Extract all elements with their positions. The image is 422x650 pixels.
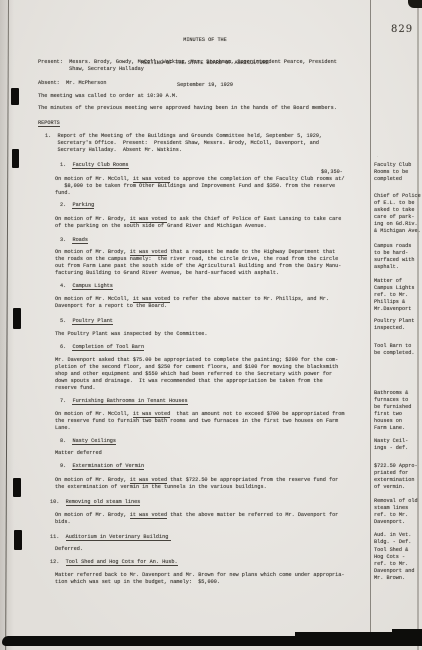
scan-mark [13,478,21,497]
absent-line: Absent: Mr. McPherson [38,80,107,87]
present-line: Present: Messrs. Brody, Gowdy, McColl, W… [38,59,337,73]
paragraph-auditorium: Deferred. [55,546,83,553]
underlined-text: Campus Lights [72,283,112,290]
paragraph-tool-shed: Matter referred back to Mr. Davenport an… [55,572,345,586]
margin-note: Poultry Plantinspected. [374,318,422,332]
underlined-text: Auditorium in Veterinary Building [66,534,172,541]
underlined-text: Parking [72,202,94,209]
section-heading-roads: 3. Roads [60,237,88,244]
underlined-text: it was voted [130,512,167,519]
margin-note: Tool Barn tobe completed. [374,343,422,357]
left-page-edge-line [5,0,9,650]
scan-mark [14,530,22,550]
scan-mark [12,149,19,168]
paragraph-bathrooms: On motion of Mr. McColl, it was voted th… [55,411,345,432]
underlined-text: Tool Shed and Hog Cots for An. Husb. [66,559,178,566]
report-1-paragraph: 1. Report of the Meeting of the Building… [45,133,322,154]
paragraph-campus-lights: On motion of Mr. McColl, it was voted to… [55,296,329,310]
section-heading-tool-barn: 6. Completion of Tool Barn [60,344,144,351]
scan-mark [11,88,19,105]
margin-note: $722.50 Appro-priated forexterminationof… [374,463,422,491]
margin-note: Faculty ClubRooms to becompleted [374,162,422,183]
underlined-text: Nasty Ceilings [72,438,116,445]
section-heading-auditorium: 11. Auditorium in Veterinary Building [50,534,171,541]
scan-mark [13,308,21,329]
paragraph-ceilings: Matter deferred [55,450,102,457]
paragraph-parking: On motion of Mr. Brody, it was voted to … [55,216,341,230]
bottom-scan-bar [0,628,422,650]
section-heading-ceilings: 8. Nasty Ceilings [60,438,116,445]
paragraph-faculty-club-rooms: On motion of Mr. McColl, it was voted to… [55,176,345,197]
page-number: 829 [391,24,413,35]
margin-smudge: ﹒ [375,152,380,159]
paragraph-steam-lines: On motion of Mr. Brody, it was voted tha… [55,512,338,526]
title-line-1: MINUTES OF THE [38,37,372,45]
paragraph-tool-barn: Mr. Davenport asked that $75.00 be appro… [55,357,338,392]
section-heading-campus-lights: 4. Campus Lights [60,283,113,290]
scanned-document-page: 829 MINUTES OF THE MEETING OF THE STATE … [0,0,422,650]
margin-note: Bathrooms &furnaces tobe furnishedfirst … [374,390,422,432]
section-heading-faculty-club-rooms: 1. Faculty Club Rooms [60,162,129,169]
section-heading-vermin: 9. Extermination of Vermin [60,463,144,470]
section-heading-tool-shed: 12. Tool Shed and Hog Cots for An. Husb. [50,559,178,566]
paragraph-roads: On motion of Mr. Brody, it was voted tha… [55,249,341,277]
call-to-order-line: The meeting was called to order at 10:30… [38,93,178,100]
underlined-text: Roads [72,237,88,244]
paragraph-poultry-plant: The Poultry Plant was inspected by the C… [55,331,208,338]
section-heading-bathrooms: 7. Furnishing Bathrooms in Tenant Houses [60,398,188,405]
section-heading-parking: 2. Parking [60,202,94,209]
reports-heading: REPORTS [38,120,60,127]
margin-note: Removal of oldsteam linesref. to Mr.Dave… [374,498,422,526]
underlined-text: Faculty Club Rooms [72,162,128,169]
minutes-approved-line: The minutes of the previous meeting were… [38,105,337,112]
top-right-scan-speck [408,0,422,8]
margin-note: Chief of Policeof E.L. to beasked to tak… [374,193,422,235]
section-heading-poultry-plant: 5. Poultry Plant [60,318,113,325]
underlined-text: Completion of Tool Barn [72,344,144,351]
underlined-text: Extermination of Vermin [72,463,144,470]
underlined-text: Poultry Plant [72,318,112,325]
margin-note: Campus roadsto be hard-surfaced withasph… [374,243,422,271]
underlined-text: Furnishing Bathrooms in Tenant Houses [72,398,187,405]
section-heading-steam-lines: 10. Removing old steam lines [50,499,140,506]
marginal-amount: $8,350- [321,169,343,176]
margin-note: Aud. in Vet.Bldg. - Def. [374,532,422,546]
underlined-text: REPORTS [38,120,60,127]
margin-note: Matter ofCampus Lightsref. to Mr.Phillip… [374,278,422,313]
margin-note: Tool Shed &Hog Cots -ref. to Mr.Davenpor… [374,547,422,582]
margin-note: Nasty Ceil-ings - def. [374,438,422,452]
paragraph-vermin: On motion of Mr. Brody, it was voted tha… [55,477,338,491]
underlined-text: Removing old steam lines [66,499,141,506]
